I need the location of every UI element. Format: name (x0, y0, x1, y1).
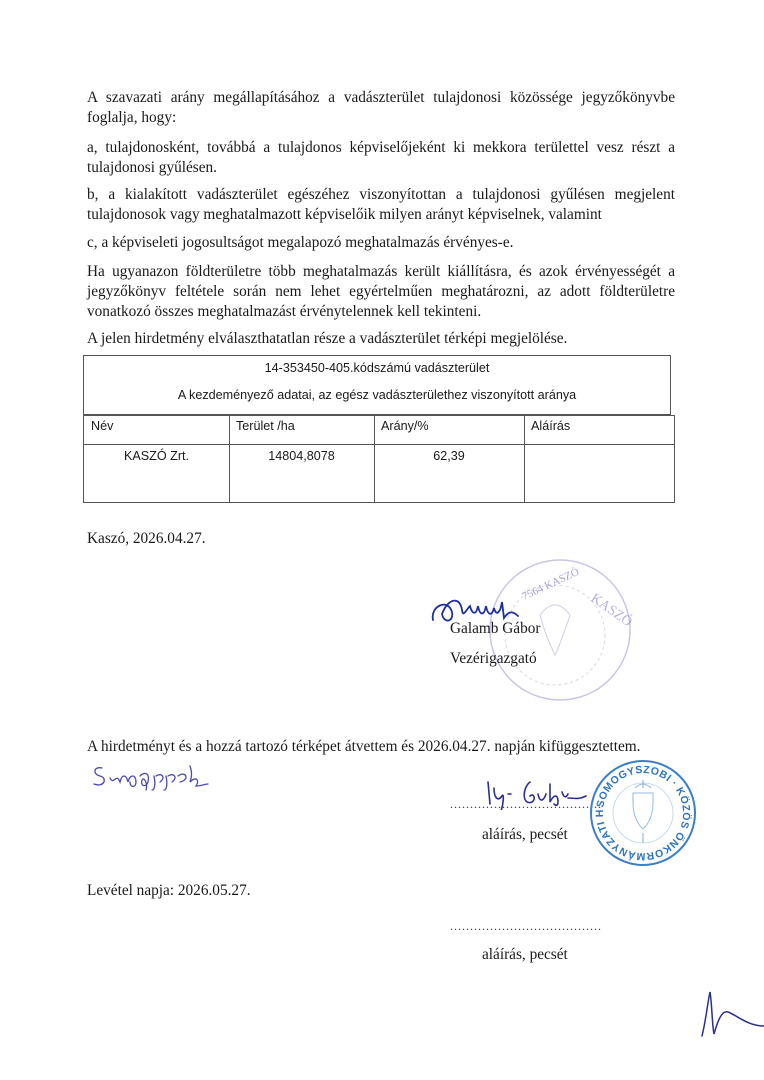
header-divider (84, 444, 674, 445)
column-divider (524, 416, 525, 502)
cell-ratio: 62,39 (374, 449, 524, 463)
svg-text:KASZÓ: KASZÓ (588, 589, 635, 630)
removal-signature-line: ...................................... (450, 919, 602, 934)
column-header-signature: Aláírás (531, 419, 570, 433)
place-date: Kaszó, 2026.04.27. (87, 530, 206, 548)
paragraph-b: b, a kialakított vadászterület egészéhez… (87, 185, 675, 225)
owner-table: Név Terület /ha Arány/% Aláírás KASZÓ Zr… (83, 415, 675, 503)
paragraph-intro: A szavazati arány megállapításához a vad… (87, 88, 675, 128)
svg-text:7564 KASZÓ: 7564 KASZÓ (520, 566, 581, 603)
receipt-statement: A hirdetményt és a hozzá tartozó térképe… (87, 738, 640, 756)
table-subtitle: A kezdeményező adatai, az egész vadászte… (84, 388, 670, 402)
column-header-ratio: Arány/% (381, 419, 429, 433)
paragraph-c: c, a képviseleti jogosultságot megalapoz… (87, 233, 675, 253)
handwritten-place-icon (90, 762, 230, 792)
receipt-signature-icon (480, 778, 590, 810)
removal-signature-icon (700, 990, 764, 1040)
signatory-title: Vezérigazgató (450, 650, 537, 668)
removal-signature-label: aláírás, pecsét (482, 946, 568, 964)
paragraph-map-note: A jelen hirdetmény elválaszthatatlan rés… (87, 329, 675, 349)
receipt-signature-label: aláírás, pecsét (482, 826, 568, 844)
column-header-area: Terület /ha (236, 419, 295, 433)
removal-date: Levétel napja: 2026.05.27. (87, 882, 251, 900)
cell-area: 14804,8078 (229, 449, 374, 463)
cell-name: KASZÓ Zrt. (84, 449, 229, 463)
paragraph-a: a, tulajdonosként, továbbá a tulajdonos … (87, 138, 675, 178)
table-title: 14-353450-405.kódszámú vadászterület (84, 361, 670, 375)
municipality-stamp-icon: SOMOGYSZOBI · KÖZÖS ÖNKORMÁNYZATI HIVATA… (588, 758, 698, 868)
column-header-name: Név (91, 419, 113, 433)
hunting-area-table-header: 14-353450-405.kódszámú vadászterület A k… (83, 355, 671, 415)
paragraph-invalid-proxy: Ha ugyanazon földterületre több meghatal… (87, 262, 675, 322)
signatory-name: Galamb Gábor (450, 620, 540, 638)
